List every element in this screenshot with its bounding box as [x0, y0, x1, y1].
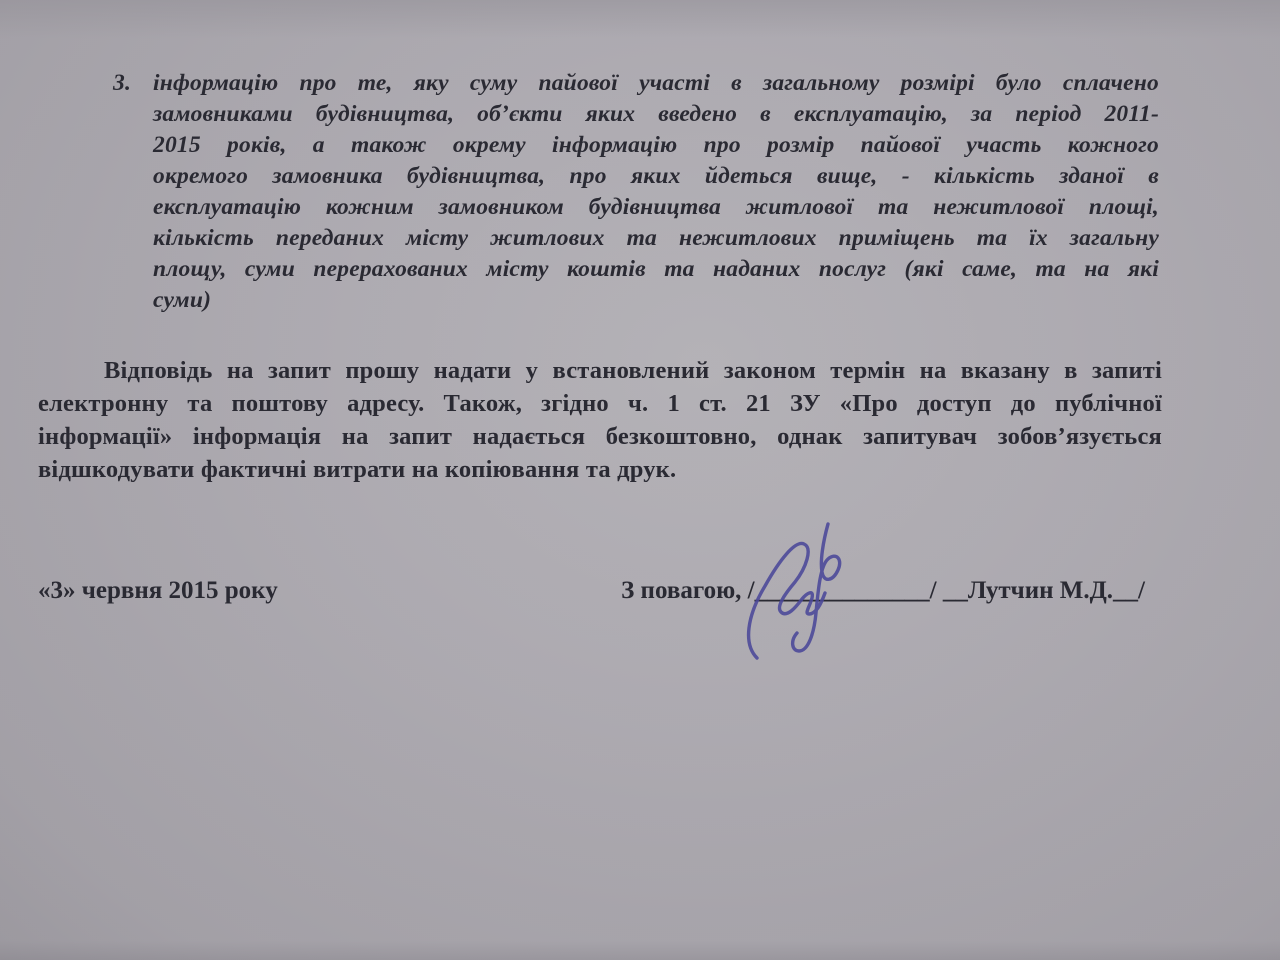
- signature-row: «3» червня 2015 року З повагою, /_______…: [38, 576, 1145, 606]
- document-photo: 3. інформацію про те, яку суму пайової у…: [0, 0, 1280, 960]
- closing-paragraph: Відповідь на запит прошу надати у встано…: [38, 354, 1162, 486]
- item-number: 3.: [113, 68, 131, 99]
- document-date: «3» червня 2015 року: [38, 576, 278, 606]
- item-3-text: інформацію про те, яку суму пайової учас…: [153, 68, 1159, 316]
- numbered-item-3: 3. інформацію про те, яку суму пайової у…: [115, 68, 1159, 316]
- closing-signature-line: З повагою, /______________/ __Лутчин М.Д…: [621, 576, 1145, 606]
